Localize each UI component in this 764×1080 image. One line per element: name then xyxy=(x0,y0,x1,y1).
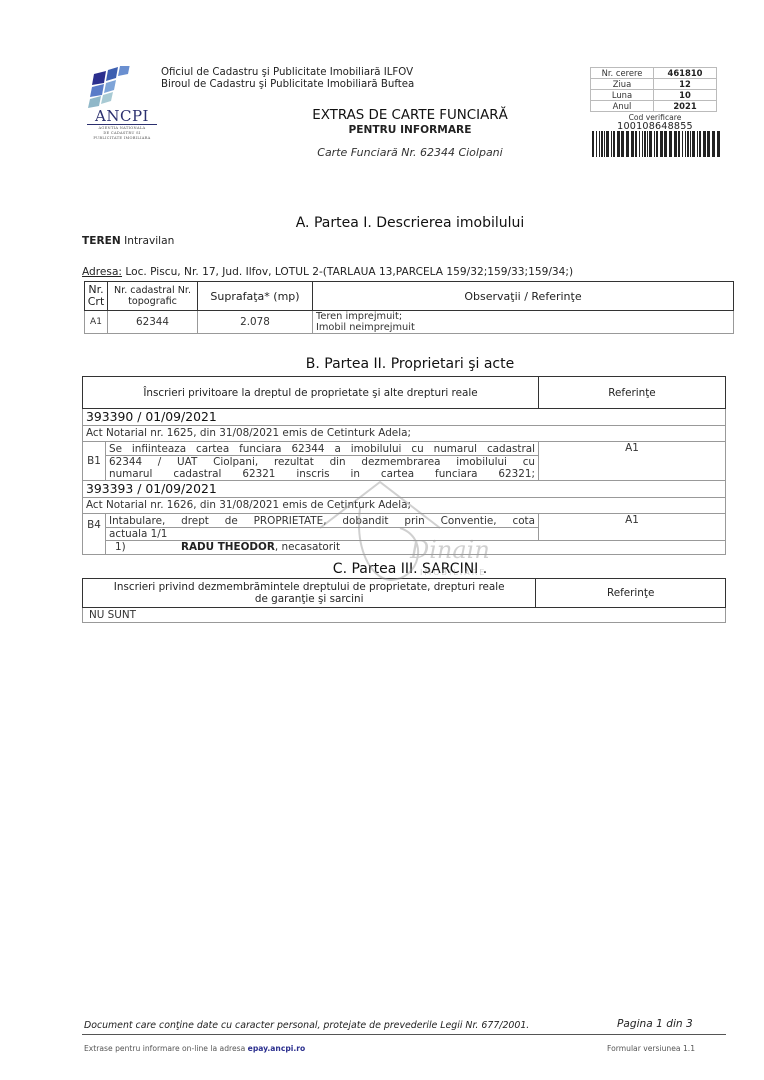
office-line-1: Oficiul de Cadastru şi Publicitate Imobi… xyxy=(161,67,414,79)
observatie-line-2: Imobil neimprejmuit xyxy=(316,322,730,333)
document-subtitle: PENTRU INFORMARE xyxy=(260,124,560,137)
document-title: EXTRAS DE CARTE FUNCIARĂ xyxy=(260,108,560,124)
logo-subtitle-3: PUBLICITATE IMOBILIARA xyxy=(84,136,160,141)
col-referinte: Referinţe xyxy=(539,377,726,409)
entry-text-line: Se infiinteaza cartea funciara 62344 a i… xyxy=(106,442,539,456)
request-row: Luna10 xyxy=(591,90,717,101)
cell-observatii: Teren imprejmuit; Imobil neimprejmuit xyxy=(313,311,734,334)
entry-text-line: 62344 / UAT Ciolpani, rezultat din dezme… xyxy=(106,456,539,469)
property-type-bold: TEREN xyxy=(82,235,121,247)
property-type: TEREN Intravilan xyxy=(82,235,174,247)
owner-status: , necasatorit xyxy=(275,541,340,553)
footer-online-text: Extrase pentru informare on-line la adre… xyxy=(84,1044,248,1053)
request-row: Ziua12 xyxy=(591,79,717,90)
form-version: Formular versiunea 1.1 xyxy=(607,1044,695,1053)
observatie-line-1: Teren imprejmuit; xyxy=(316,311,730,322)
office-names: Oficiul de Cadastru şi Publicitate Imobi… xyxy=(161,67,414,91)
col-sarcini-line-1: Inscrieri privind dezmembrămintele drept… xyxy=(86,581,532,593)
footer-privacy-note: Document care conţine date cu caracter p… xyxy=(84,1020,529,1031)
property-description-table: Nr. Crt Nr. cadastral Nr. topografic Sup… xyxy=(84,281,734,334)
office-line-2: Biroul de Cadastru şi Publicitate Imobil… xyxy=(161,79,414,91)
entry-reference: A1 xyxy=(539,442,726,481)
owner-name: RADU THEODOR xyxy=(181,541,275,553)
entry-text-line: actuala 1/1 xyxy=(106,528,539,541)
table-header-row: Inscrieri privind dezmembrămintele drept… xyxy=(83,579,726,608)
encumbrances-table: Inscrieri privind dezmembrămintele drept… xyxy=(82,578,726,623)
part2-title: B. Partea II. Proprietari şi acte xyxy=(80,356,740,372)
request-row: Nr. cerere461810 xyxy=(591,68,717,79)
table-header-row: Înscrieri privitoare la dreptul de propr… xyxy=(83,377,726,409)
barcode-icon xyxy=(592,131,720,157)
cell-cadastral: 62344 xyxy=(108,311,198,334)
part1-title: A. Partea I. Descrierea imobilului xyxy=(80,215,740,231)
entry-code: B1 xyxy=(83,442,106,481)
act-row: Act Notarial nr. 1626, din 31/08/2021 em… xyxy=(83,498,726,514)
logo-text: ANCPI AGENTIA NATIONALA DE CADASTRU SI P… xyxy=(84,108,160,141)
table-row: B1 Se infiinteaza cartea funciara 62344 … xyxy=(83,442,726,456)
property-address: Adresa: Loc. Piscu, Nr. 17, Jud. Ilfov, … xyxy=(82,266,573,278)
page-number: Pagina 1 din 3 xyxy=(617,1018,693,1030)
entry-reference: A1 xyxy=(539,514,726,541)
col-sarcini-line-2: de garanţie şi sarcini xyxy=(86,593,532,605)
entry-text-line: numarul cadastral 62321 inscris in carte… xyxy=(106,468,539,481)
cell-suprafata: 2.078 xyxy=(198,311,313,334)
carte-funciara-number: Carte Funciară Nr. 62344 Ciolpani xyxy=(260,146,560,159)
table-header-row: Nr. Crt Nr. cadastral Nr. topografic Sup… xyxy=(85,282,734,311)
owners-table: Înscrieri privitoare la dreptul de propr… xyxy=(82,376,726,555)
table-row: A1 62344 2.078 Teren imprejmuit; Imobil … xyxy=(85,311,734,334)
address-label: Adresa: xyxy=(82,266,122,278)
col-referinte: Referinţe xyxy=(536,579,726,608)
col-nr-crt: Nr. Crt xyxy=(85,282,108,311)
act-notarial: Act Notarial nr. 1625, din 31/08/2021 em… xyxy=(83,426,726,442)
request-row: Anul2021 xyxy=(591,101,717,112)
request-label: Nr. cerere xyxy=(591,68,654,79)
footer-divider xyxy=(82,1034,726,1035)
address-value: Loc. Piscu, Nr. 17, Jud. Ilfov, LOTUL 2-… xyxy=(122,266,573,278)
request-value: 12 xyxy=(654,79,717,90)
request-label: Ziua xyxy=(591,79,654,90)
table-row: NU SUNT xyxy=(83,608,726,623)
entry-header-row: 393390 / 01/09/2021 xyxy=(83,409,726,426)
entry-text-line: Intabulare, drept de PROPRIETATE, doband… xyxy=(106,514,539,528)
epay-link[interactable]: epay.ancpi.ro xyxy=(248,1044,306,1053)
footer-online-info: Extrase pentru informare on-line la adre… xyxy=(84,1044,305,1053)
col-inscrieri: Înscrieri privitoare la dreptul de propr… xyxy=(83,377,539,409)
owner-index: 1) xyxy=(109,541,181,554)
request-value: 10 xyxy=(654,90,717,101)
request-value: 461810 xyxy=(654,68,717,79)
request-value: 2021 xyxy=(654,101,717,112)
part3-title: C. Partea III. SARCINI . xyxy=(80,561,740,577)
entry-id: 393390 / 01/09/2021 xyxy=(83,409,726,426)
logo-squares-icon xyxy=(84,66,134,112)
cell-crt: A1 xyxy=(85,311,108,334)
entry-code: B4 xyxy=(83,514,106,555)
request-label: Anul xyxy=(591,101,654,112)
col-cadastral: Nr. cadastral Nr. topografic xyxy=(108,282,198,311)
act-notarial: Act Notarial nr. 1626, din 31/08/2021 em… xyxy=(83,498,726,514)
property-type-rest: Intravilan xyxy=(121,235,175,247)
verification-code-value: 100108648855 xyxy=(590,122,720,131)
col-suprafata: Suprafaţa* (mp) xyxy=(198,282,313,311)
act-row: Act Notarial nr. 1625, din 31/08/2021 em… xyxy=(83,426,726,442)
col-sarcini: Inscrieri privind dezmembrămintele drept… xyxy=(83,579,536,608)
logo-title: ANCPI xyxy=(84,108,160,124)
entry-id: 393393 / 01/09/2021 xyxy=(83,481,726,498)
request-label: Luna xyxy=(591,90,654,101)
sarcini-value: NU SUNT xyxy=(83,608,726,623)
verification-code: Cod verificare 100108648855 xyxy=(590,114,720,131)
table-row: B4 Intabulare, drept de PROPRIETATE, dob… xyxy=(83,514,726,528)
col-observatii: Observaţii / Referinţe xyxy=(313,282,734,311)
entry-header-row: 393393 / 01/09/2021 xyxy=(83,481,726,498)
document-title-block: EXTRAS DE CARTE FUNCIARĂ PENTRU INFORMAR… xyxy=(260,108,560,159)
request-info-table: Nr. cerere461810 Ziua12 Luna10 Anul2021 xyxy=(590,67,717,112)
owner: 1)RADU THEODOR, necasatorit xyxy=(106,541,726,555)
owner-row: 1)RADU THEODOR, necasatorit xyxy=(83,541,726,555)
